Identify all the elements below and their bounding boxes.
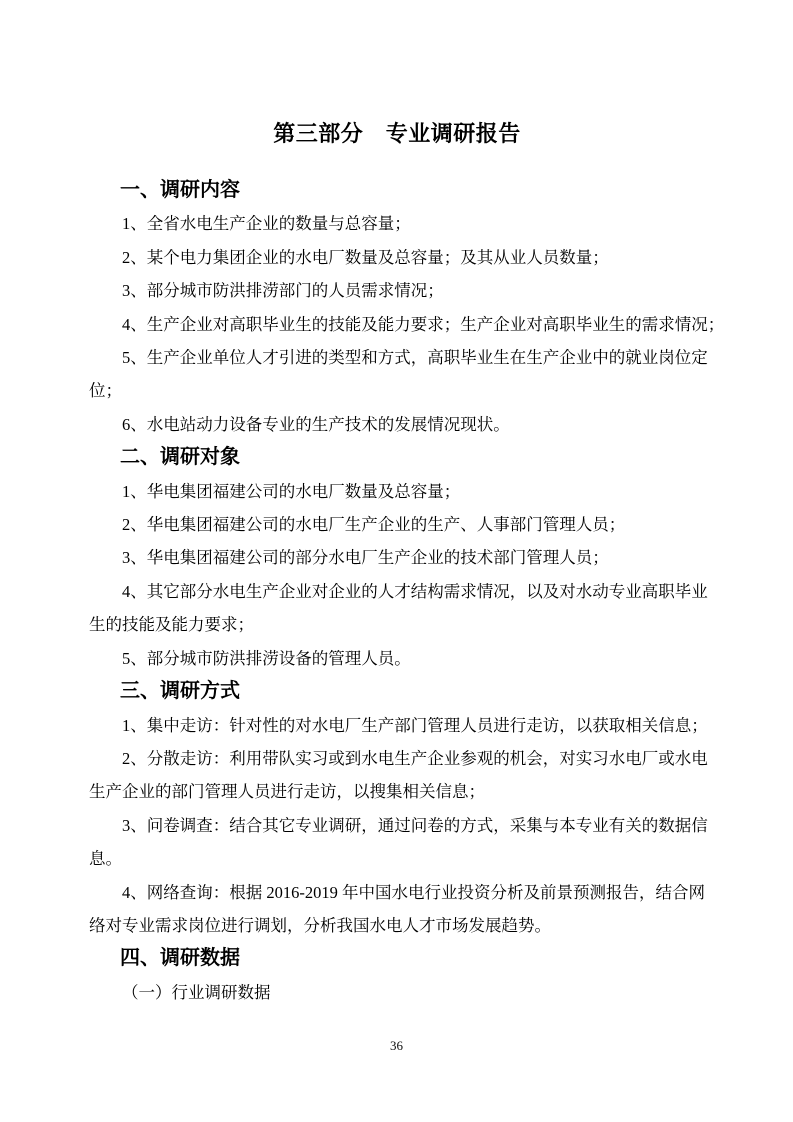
text-line: 5、部分城市防洪排涝设备的管理人员。: [89, 642, 705, 675]
document-page: 第三部分 专业调研报告 一、调研内容1、全省水电生产企业的数量与总容量；2、某个…: [0, 0, 793, 1122]
paragraph: 4、生产企业对高职毕业生的技能及能力要求；生产企业对高职毕业生的需求情况；: [89, 308, 705, 341]
text-line: 络对专业需求岗位进行调划，分析我国水电人才市场发展趋势。: [89, 909, 705, 942]
document-body: 一、调研内容1、全省水电生产企业的数量与总容量；2、某个电力集团企业的水电厂数量…: [89, 174, 705, 1009]
paragraph: 6、水电站动力设备专业的生产技术的发展情况现状。: [89, 408, 705, 441]
text-line: 2、某个电力集团企业的水电厂数量及总容量；及其从业人员数量；: [89, 241, 705, 274]
document-content: 第三部分 专业调研报告 一、调研内容1、全省水电生产企业的数量与总容量；2、某个…: [89, 117, 705, 1009]
page-number: 36: [0, 1037, 793, 1055]
text-line: 4、网络查询：根据 2016-2019 年中国水电行业投资分析及前景预测报告，结…: [89, 876, 705, 909]
paragraph: 1、全省水电生产企业的数量与总容量；: [89, 207, 705, 240]
paragraph: 5、生产企业单位人才引进的类型和方式，高职毕业生在生产企业中的就业岗位定位；: [89, 341, 705, 408]
paragraph: 2、某个电力集团企业的水电厂数量及总容量；及其从业人员数量；: [89, 241, 705, 274]
text-line: 3、问卷调查：结合其它专业调研，通过问卷的方式，采集与本专业有关的数据信: [89, 809, 705, 842]
text-line: 生产企业的部门管理人员进行走访，以搜集相关信息；: [89, 775, 705, 808]
text-line: 3、部分城市防洪排涝部门的人员需求情况；: [89, 274, 705, 307]
paragraph: 5、部分城市防洪排涝设备的管理人员。: [89, 642, 705, 675]
text-line: 生的技能及能力要求；: [89, 608, 705, 641]
text-line: 3、华电集团福建公司的部分水电厂生产企业的技术部门管理人员；: [89, 541, 705, 574]
section-heading: 一、调研内容: [120, 174, 705, 207]
paragraph: 1、华电集团福建公司的水电厂数量及总容量；: [89, 475, 705, 508]
text-line: 息。: [89, 842, 705, 875]
text-line: 位；: [89, 374, 705, 407]
text-line: 5、生产企业单位人才引进的类型和方式，高职毕业生在生产企业中的就业岗位定: [89, 341, 705, 374]
section-heading: 二、调研对象: [120, 441, 705, 474]
text-line: 1、全省水电生产企业的数量与总容量；: [89, 207, 705, 240]
text-line: 2、华电集团福建公司的水电厂生产企业的生产、人事部门管理人员；: [89, 508, 705, 541]
paragraph: 2、华电集团福建公司的水电厂生产企业的生产、人事部门管理人员；: [89, 508, 705, 541]
section-heading: 四、调研数据: [120, 942, 705, 975]
paragraph: 2、分散走访：利用带队实习或到水电生产企业参观的机会，对实习水电厂或水电生产企业…: [89, 742, 705, 809]
document-title: 第三部分 专业调研报告: [89, 117, 705, 150]
text-line: 2、分散走访：利用带队实习或到水电生产企业参观的机会，对实习水电厂或水电: [89, 742, 705, 775]
paragraph: 1、集中走访：针对性的对水电厂生产部门管理人员进行走访，以获取相关信息；: [89, 709, 705, 742]
text-line: 6、水电站动力设备专业的生产技术的发展情况现状。: [89, 408, 705, 441]
section-heading: 三、调研方式: [120, 675, 705, 708]
text-line: 1、集中走访：针对性的对水电厂生产部门管理人员进行走访，以获取相关信息；: [89, 709, 705, 742]
text-line: 4、其它部分水电生产企业对企业的人才结构需求情况，以及对水动专业高职毕业: [89, 575, 705, 608]
paragraph: 3、问卷调查：结合其它专业调研，通过问卷的方式，采集与本专业有关的数据信息。: [89, 809, 705, 876]
paragraph: 4、其它部分水电生产企业对企业的人才结构需求情况，以及对水动专业高职毕业生的技能…: [89, 575, 705, 642]
paragraph: （一）行业调研数据: [89, 976, 705, 1009]
paragraph: 3、部分城市防洪排涝部门的人员需求情况；: [89, 274, 705, 307]
text-line: 1、华电集团福建公司的水电厂数量及总容量；: [89, 475, 705, 508]
paragraph: 3、华电集团福建公司的部分水电厂生产企业的技术部门管理人员；: [89, 541, 705, 574]
paragraph: 4、网络查询：根据 2016-2019 年中国水电行业投资分析及前景预测报告，结…: [89, 876, 705, 943]
text-line: 4、生产企业对高职毕业生的技能及能力要求；生产企业对高职毕业生的需求情况；: [89, 308, 705, 341]
text-line: （一）行业调研数据: [89, 976, 705, 1009]
